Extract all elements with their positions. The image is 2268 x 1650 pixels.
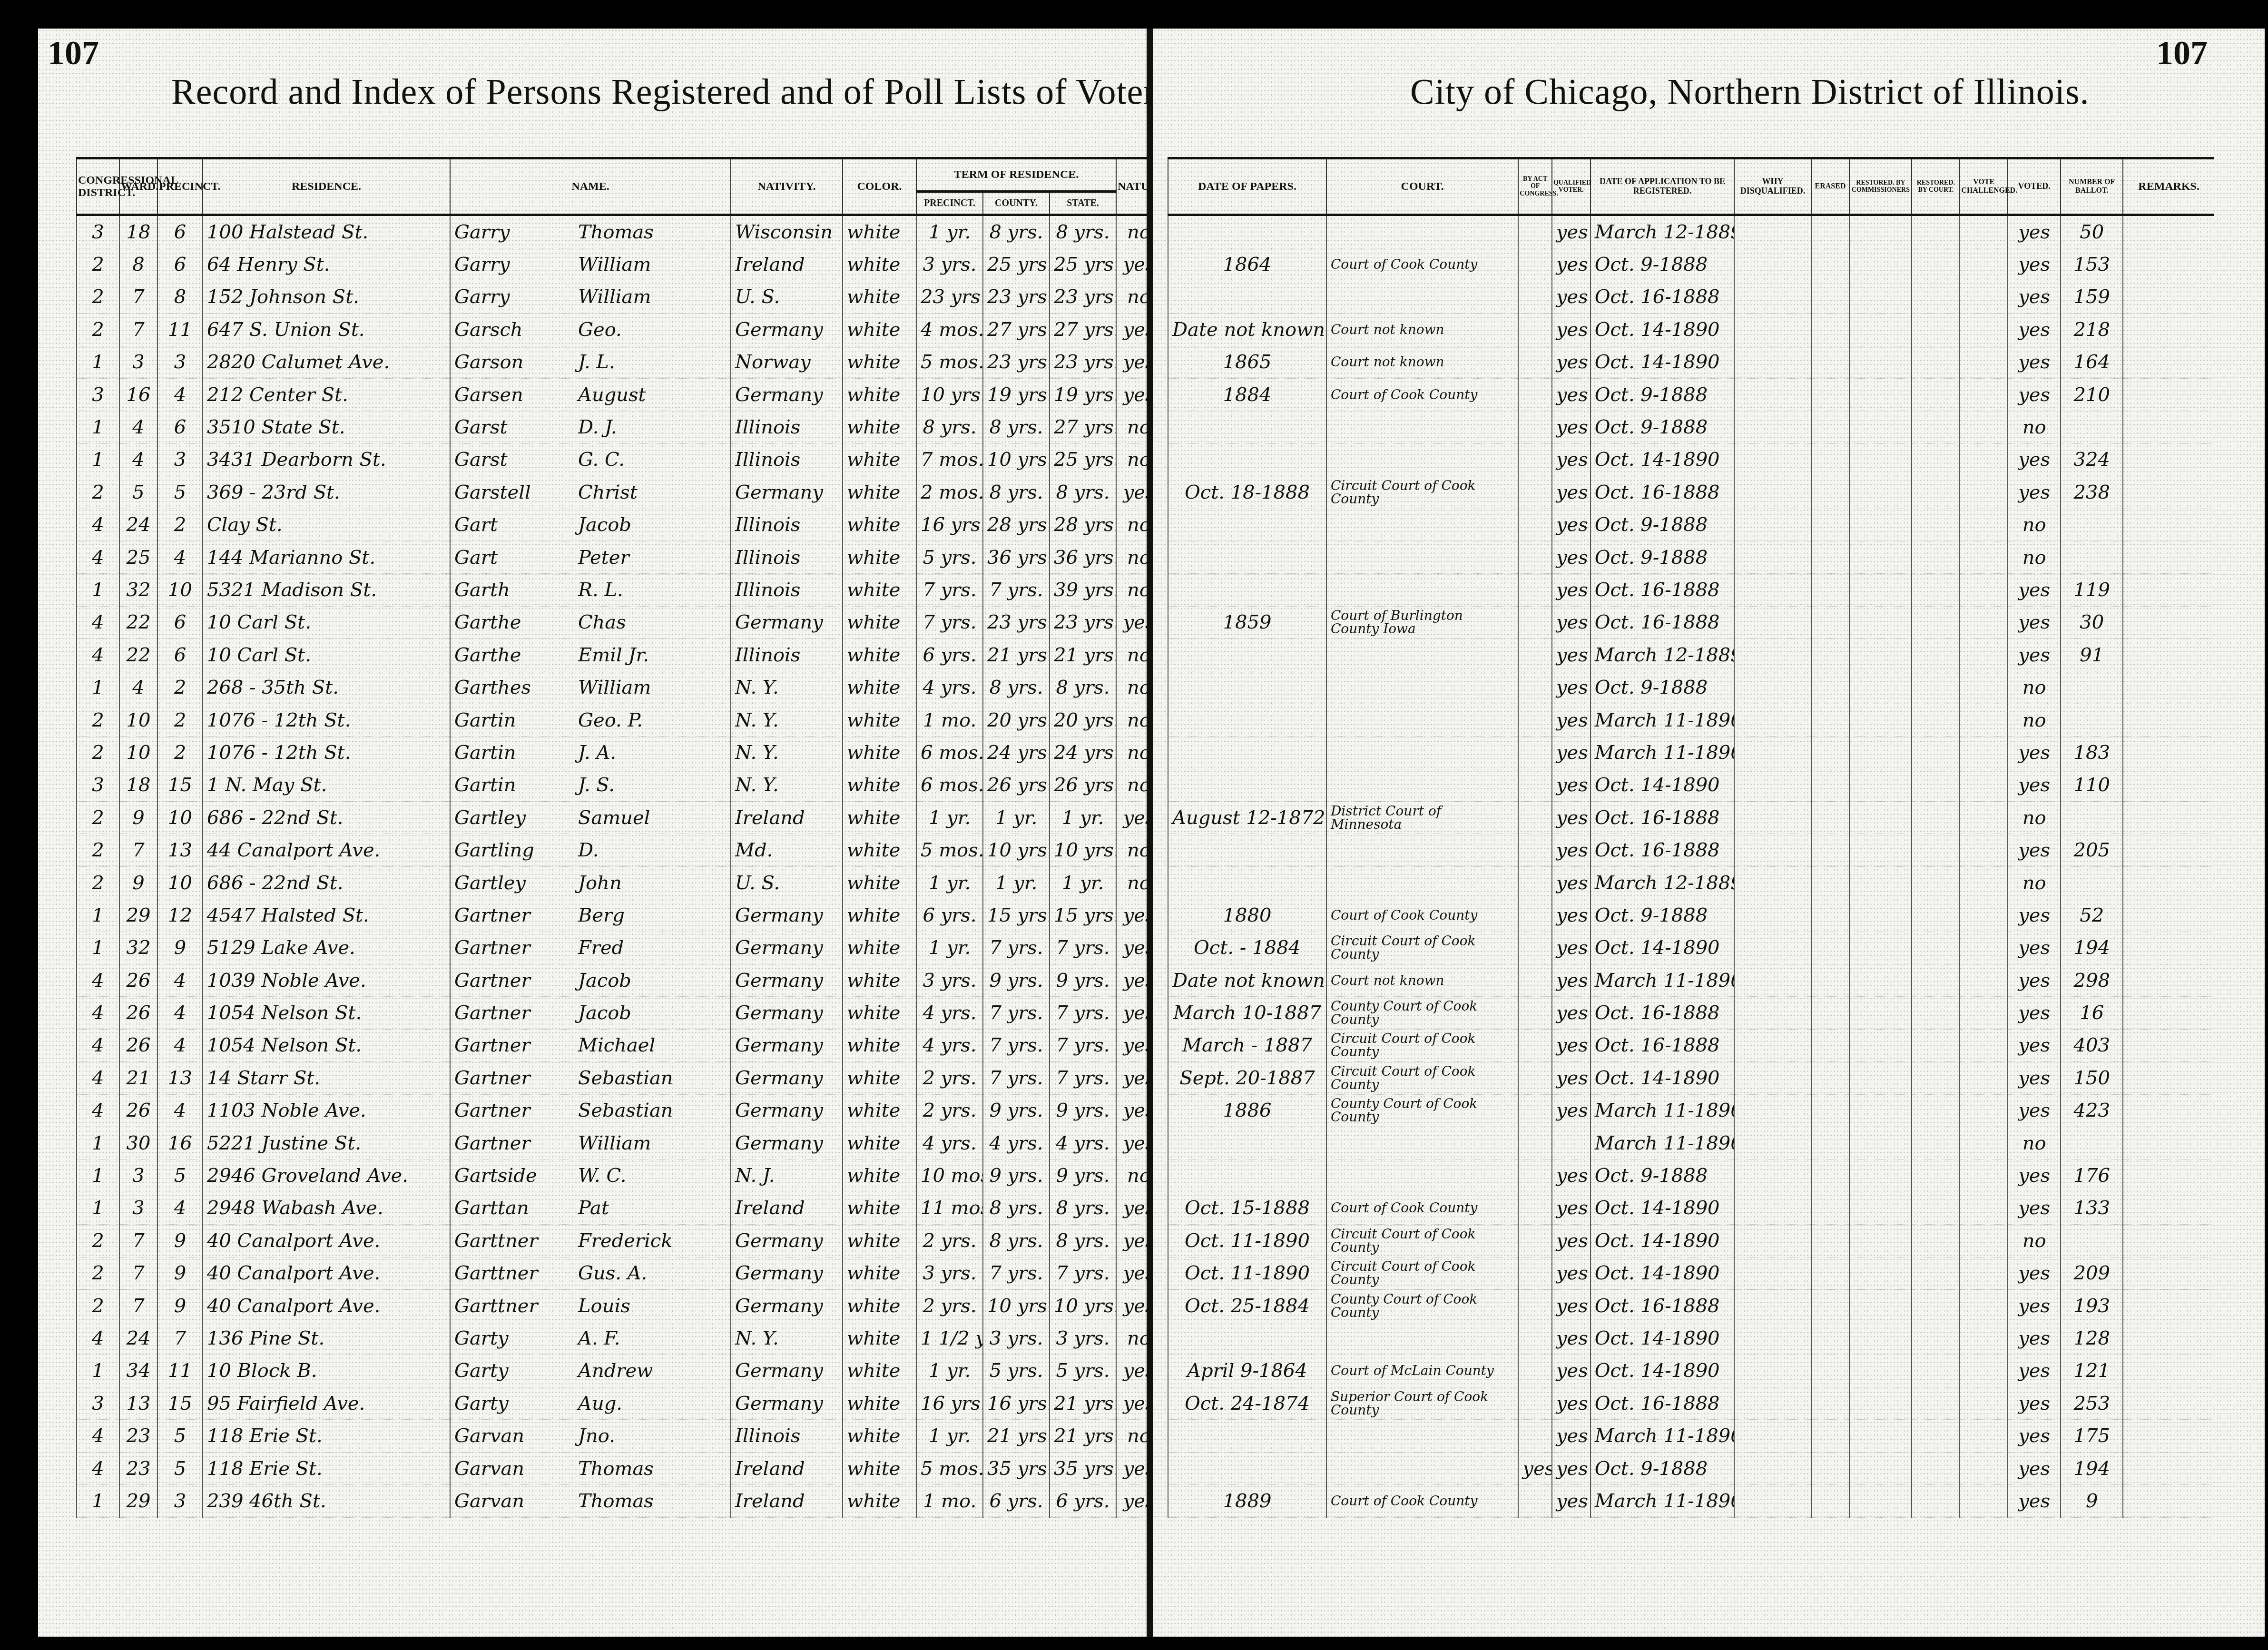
cell-restored-commissioners bbox=[1849, 1452, 1912, 1484]
table-row: March - 1887Circuit Court of Cook County… bbox=[1168, 1029, 2214, 1061]
cell-restored-court bbox=[1912, 443, 1960, 476]
cell-court: Court not known bbox=[1326, 346, 1518, 378]
cell-restored-commissioners bbox=[1849, 1289, 1912, 1322]
cell-voted: yes bbox=[2008, 1485, 2061, 1517]
cell-remarks bbox=[2123, 802, 2214, 834]
table-row: 1342948 Wabash Ave.GarttanPatIrelandwhit… bbox=[77, 1192, 1161, 1224]
cell-color: white bbox=[843, 1289, 916, 1322]
cell-name: GarstD. J. bbox=[450, 411, 731, 443]
cell-ballot-number bbox=[2061, 802, 2123, 834]
table-row: 1889Court of Cook CountyyesMarch 11-1890… bbox=[1168, 1485, 2214, 1517]
cell-erased bbox=[1811, 215, 1850, 248]
table-row: Oct. 15-1888Court of Cook CountyyesOct. … bbox=[1168, 1192, 2214, 1224]
cell-nativity: Germany bbox=[731, 1225, 843, 1257]
cell-voted: yes bbox=[2008, 346, 2061, 378]
table-row: 129124547 Halsted St.GartnerBergGermanyw… bbox=[77, 899, 1161, 932]
cell-date-of-application: Oct. 16-1888 bbox=[1591, 1029, 1735, 1061]
cell-vote-challenged bbox=[1960, 899, 2008, 932]
cell-precinct: 4 bbox=[157, 1029, 203, 1061]
cell-district: 1 bbox=[77, 1485, 119, 1517]
cell-color: white bbox=[843, 1355, 916, 1387]
table-row: yesyesOct. 9-1888yes194 bbox=[1168, 1452, 2214, 1484]
cell-date-of-application: March 12-1889 bbox=[1591, 639, 1735, 671]
left-table-body: 3186100 Halstead St.GarryThomasWisconsin… bbox=[77, 215, 1161, 1518]
cell-term-county: 9 yrs. bbox=[983, 964, 1050, 996]
cell-color: white bbox=[843, 769, 916, 801]
table-row: Oct. 11-1890Circuit Court of Cook County… bbox=[1168, 1257, 2214, 1289]
table-row: 142268 - 35th St.GarthesWilliamN. Y.whit… bbox=[77, 671, 1161, 704]
cell-precinct: 5 bbox=[157, 1452, 203, 1484]
cell-remarks bbox=[2123, 899, 2214, 932]
cell-term-county: 8 yrs. bbox=[983, 1225, 1050, 1257]
cell-district: 3 bbox=[77, 769, 119, 801]
cell-remarks bbox=[2123, 1225, 2214, 1257]
given-name: A. F. bbox=[578, 1327, 620, 1349]
cell-ward: 10 bbox=[119, 737, 157, 769]
table-row: 2910686 - 22nd St.GartleyJohnU. S.white1… bbox=[77, 866, 1161, 899]
cell-term-state: 7 yrs. bbox=[1050, 1257, 1116, 1289]
cell-restored-court bbox=[1912, 802, 1960, 834]
cell-why-disqualified bbox=[1734, 866, 1811, 899]
cell-erased bbox=[1811, 1062, 1850, 1094]
cell-date-of-application: March 11-1890 bbox=[1591, 1420, 1735, 1452]
table-row: March 11-1890no bbox=[1168, 1127, 2214, 1159]
cell-qualified-voter: yes bbox=[1552, 639, 1591, 671]
cell-by-act bbox=[1518, 1225, 1552, 1257]
cell-term-state: 8 yrs. bbox=[1050, 215, 1116, 248]
cell-court bbox=[1326, 704, 1518, 736]
cell-nativity: Germany bbox=[731, 1257, 843, 1289]
cell-district: 3 bbox=[77, 215, 119, 248]
cell-by-act bbox=[1518, 1485, 1552, 1517]
cell-why-disqualified bbox=[1734, 1257, 1811, 1289]
cell-term-state: 21 yrs. bbox=[1050, 639, 1116, 671]
cell-term-state: 25 yrs. bbox=[1050, 443, 1116, 476]
cell-precinct: 11 bbox=[157, 1355, 203, 1387]
cell-term-precinct: 4 mos. bbox=[916, 314, 983, 346]
cell-court bbox=[1326, 443, 1518, 476]
surname: Gartner bbox=[454, 970, 578, 992]
table-row: 1864Court of Cook CountyyesOct. 9-1888ye… bbox=[1168, 248, 2214, 281]
cell-date-of-application: March 11-1890 bbox=[1591, 1485, 1735, 1517]
cell-restored-court bbox=[1912, 1452, 1960, 1484]
cell-color: white bbox=[843, 574, 916, 606]
cell-term-county: 20 yrs. bbox=[983, 704, 1050, 736]
cell-by-act bbox=[1518, 704, 1552, 736]
cell-name: GartlingD. bbox=[450, 834, 731, 866]
cell-vote-challenged bbox=[1960, 411, 2008, 443]
cell-vote-challenged bbox=[1960, 248, 2008, 281]
given-name: William bbox=[578, 286, 651, 308]
cell-residence: 4547 Halsted St. bbox=[203, 899, 450, 932]
cell-date-of-papers bbox=[1168, 737, 1326, 769]
cell-erased bbox=[1811, 769, 1850, 801]
col-color: Color. bbox=[843, 158, 916, 215]
cell-ballot-number: 193 bbox=[2061, 1289, 2123, 1322]
cell-name: GartnerSebastian bbox=[450, 1062, 731, 1094]
cell-name: GarryThomas bbox=[450, 215, 731, 248]
cell-name: GartnerMichael bbox=[450, 1029, 731, 1061]
cell-district: 4 bbox=[77, 1062, 119, 1094]
cell-nativity: Germany bbox=[731, 1062, 843, 1094]
cell-term-precinct: 5 mos. bbox=[916, 834, 983, 866]
col-term-of-residence: Term of Residence. bbox=[916, 158, 1116, 192]
surname: Garty bbox=[454, 1393, 578, 1414]
col-by-act-of-congress: By Act of Congress. bbox=[1518, 158, 1552, 215]
cell-district: 1 bbox=[77, 1127, 119, 1159]
cell-residence: 1054 Nelson St. bbox=[203, 997, 450, 1029]
cell-restored-court bbox=[1912, 411, 1960, 443]
cell-district: 2 bbox=[77, 1257, 119, 1289]
cell-voted: no bbox=[2008, 1225, 2061, 1257]
cell-why-disqualified bbox=[1734, 1192, 1811, 1224]
cell-court: Court not known bbox=[1326, 964, 1518, 996]
cell-date-of-application: March 11-1890 bbox=[1591, 964, 1735, 996]
page-title: Record and Index of Persons Registered a… bbox=[171, 71, 1180, 113]
cell-by-act bbox=[1518, 1192, 1552, 1224]
cell-district: 1 bbox=[77, 443, 119, 476]
cell-by-act bbox=[1518, 509, 1552, 541]
cell-term-county: 7 yrs. bbox=[983, 932, 1050, 964]
cell-vote-challenged bbox=[1960, 1192, 2008, 1224]
cell-name: GarryWilliam bbox=[450, 248, 731, 281]
cell-voted: no bbox=[2008, 866, 2061, 899]
cell-term-state: 23 yrs. bbox=[1050, 606, 1116, 638]
cell-date-of-application: Oct. 9-1888 bbox=[1591, 248, 1735, 281]
table-row: 13295129 Lake Ave.GartnerFredGermanywhit… bbox=[77, 932, 1161, 964]
table-row: August 12-1872District Court of Minnesot… bbox=[1168, 802, 2214, 834]
cell-name: GartyAndrew bbox=[450, 1355, 731, 1387]
cell-erased bbox=[1811, 314, 1850, 346]
col-number-of-ballot: Number of Ballot. bbox=[2061, 158, 2123, 215]
cell-qualified-voter: yes bbox=[1552, 1485, 1591, 1517]
cell-erased bbox=[1811, 737, 1850, 769]
cell-residence: 5221 Justine St. bbox=[203, 1127, 450, 1159]
cell-by-act bbox=[1518, 899, 1552, 932]
cell-vote-challenged bbox=[1960, 1420, 2008, 1452]
cell-color: white bbox=[843, 866, 916, 899]
cell-voted: yes bbox=[2008, 378, 2061, 411]
surname: Garry bbox=[454, 286, 578, 308]
surname: Garthe bbox=[454, 611, 578, 633]
cell-ward: 8 bbox=[119, 248, 157, 281]
cell-vote-challenged bbox=[1960, 866, 2008, 899]
cell-remarks bbox=[2123, 671, 2214, 704]
cell-court bbox=[1326, 509, 1518, 541]
cell-qualified-voter: yes bbox=[1552, 215, 1591, 248]
cell-by-act bbox=[1518, 411, 1552, 443]
cell-erased bbox=[1811, 1420, 1850, 1452]
cell-date-of-application: Oct. 14-1890 bbox=[1591, 1355, 1735, 1387]
cell-court: Circuit Court of Cook County bbox=[1326, 1062, 1518, 1094]
cell-erased bbox=[1811, 899, 1850, 932]
cell-district: 2 bbox=[77, 1289, 119, 1322]
cell-why-disqualified bbox=[1734, 476, 1811, 509]
cell-qualified-voter: yes bbox=[1552, 1322, 1591, 1355]
cell-restored-court bbox=[1912, 1322, 1960, 1355]
cell-voted: yes bbox=[2008, 1094, 2061, 1127]
cell-date-of-papers: Date not known bbox=[1168, 314, 1326, 346]
cell-by-act bbox=[1518, 215, 1552, 248]
cell-date-of-papers: 1864 bbox=[1168, 248, 1326, 281]
cell-why-disqualified bbox=[1734, 346, 1811, 378]
cell-name: GartleySamuel bbox=[450, 802, 731, 834]
cell-erased bbox=[1811, 476, 1850, 509]
col-term-county: County. bbox=[983, 191, 1050, 215]
col-date-of-application: Date of Application to be Registered. bbox=[1591, 158, 1735, 215]
cell-qualified-voter: yes bbox=[1552, 1094, 1591, 1127]
cell-precinct: 5 bbox=[157, 1159, 203, 1192]
cell-by-act bbox=[1518, 248, 1552, 281]
cell-term-county: 7 yrs. bbox=[983, 574, 1050, 606]
cell-term-state: 8 yrs. bbox=[1050, 1225, 1116, 1257]
cell-by-act bbox=[1518, 639, 1552, 671]
cell-ballot-number: 52 bbox=[2061, 899, 2123, 932]
cell-ballot-number: 176 bbox=[2061, 1159, 2123, 1192]
cell-term-precinct: 2 yrs. bbox=[916, 1062, 983, 1094]
cell-by-act bbox=[1518, 541, 1552, 573]
table-row: 1433431 Dearborn St.GarstG. C.Illinoiswh… bbox=[77, 443, 1161, 476]
surname: Garstell bbox=[454, 481, 578, 503]
cell-term-state: 7 yrs. bbox=[1050, 932, 1116, 964]
cell-term-county: 8 yrs. bbox=[983, 411, 1050, 443]
cell-restored-commissioners bbox=[1849, 1485, 1912, 1517]
col-vote-challenged: Vote Challenged. bbox=[1960, 158, 2008, 215]
cell-color: white bbox=[843, 737, 916, 769]
cell-remarks bbox=[2123, 964, 2214, 996]
cell-precinct: 9 bbox=[157, 932, 203, 964]
cell-qualified-voter: yes bbox=[1552, 1225, 1591, 1257]
cell-court bbox=[1326, 1159, 1518, 1192]
cell-precinct: 10 bbox=[157, 802, 203, 834]
cell-nativity: Germany bbox=[731, 606, 843, 638]
cell-by-act bbox=[1518, 834, 1552, 866]
cell-ballot-number: 153 bbox=[2061, 248, 2123, 281]
cell-term-state: 9 yrs. bbox=[1050, 1159, 1116, 1192]
cell-residence: 136 Pine St. bbox=[203, 1322, 450, 1355]
cell-restored-commissioners bbox=[1849, 802, 1912, 834]
cell-restored-court bbox=[1912, 1062, 1960, 1094]
cell-vote-challenged bbox=[1960, 834, 2008, 866]
cell-term-state: 7 yrs. bbox=[1050, 1029, 1116, 1061]
cell-qualified-voter: yes bbox=[1552, 1159, 1591, 1192]
cell-voted: yes bbox=[2008, 932, 2061, 964]
table-row: 21021076 - 12th St.GartinJ. A.N. Y.white… bbox=[77, 737, 1161, 769]
cell-why-disqualified bbox=[1734, 834, 1811, 866]
table-row: Oct. 18-1888Circuit Court of Cook County… bbox=[1168, 476, 2214, 509]
cell-ward: 18 bbox=[119, 215, 157, 248]
table-row: 1880Court of Cook CountyyesOct. 9-1888ye… bbox=[1168, 899, 2214, 932]
cell-precinct: 4 bbox=[157, 964, 203, 996]
cell-remarks bbox=[2123, 1322, 2214, 1355]
cell-ward: 9 bbox=[119, 802, 157, 834]
cell-district: 3 bbox=[77, 378, 119, 411]
table-row: 42641054 Nelson St.GartnerMichaelGermany… bbox=[77, 1029, 1161, 1061]
cell-restored-commissioners bbox=[1849, 866, 1912, 899]
cell-color: white bbox=[843, 215, 916, 248]
cell-why-disqualified bbox=[1734, 964, 1811, 996]
table-row: 1341110 Block B.GartyAndrewGermanywhite1… bbox=[77, 1355, 1161, 1387]
registration-status-table: Date of Papers. Court. By Act of Congres… bbox=[1168, 157, 2214, 1518]
cell-ballot-number bbox=[2061, 541, 2123, 573]
given-name: Geo. P. bbox=[578, 709, 643, 731]
cell-date-of-papers: Sept. 20-1887 bbox=[1168, 1062, 1326, 1094]
cell-restored-commissioners bbox=[1849, 639, 1912, 671]
cell-voted: yes bbox=[2008, 606, 2061, 638]
cell-district: 1 bbox=[77, 932, 119, 964]
given-name: J. S. bbox=[578, 774, 615, 796]
cell-term-precinct: 16 yrs. bbox=[916, 509, 983, 541]
surname: Gartside bbox=[454, 1165, 578, 1187]
cell-term-county: 7 yrs. bbox=[983, 1029, 1050, 1061]
cell-ward: 22 bbox=[119, 639, 157, 671]
cell-restored-court bbox=[1912, 834, 1960, 866]
cell-date-of-application: Oct. 16-1888 bbox=[1591, 997, 1735, 1029]
cell-ward: 26 bbox=[119, 1029, 157, 1061]
cell-term-county: 35 yrs. bbox=[983, 1452, 1050, 1484]
cell-vote-challenged bbox=[1960, 476, 2008, 509]
cell-erased bbox=[1811, 1192, 1850, 1224]
cell-term-state: 19 yrs. bbox=[1050, 378, 1116, 411]
given-name: Fred bbox=[578, 937, 624, 959]
right-page: City of Chicago, Northern District of Il… bbox=[1147, 29, 2265, 1637]
cell-why-disqualified bbox=[1734, 443, 1811, 476]
cell-date-of-application: Oct. 14-1890 bbox=[1591, 346, 1735, 378]
cell-ward: 21 bbox=[119, 1062, 157, 1094]
cell-remarks bbox=[2123, 834, 2214, 866]
cell-color: white bbox=[843, 639, 916, 671]
given-name: Gus. A. bbox=[578, 1262, 647, 1284]
cell-term-precinct: 4 yrs. bbox=[916, 997, 983, 1029]
cell-vote-challenged bbox=[1960, 1387, 2008, 1420]
cell-term-county: 21 yrs. bbox=[983, 639, 1050, 671]
cell-ballot-number: 403 bbox=[2061, 1029, 2123, 1061]
cell-precinct: 9 bbox=[157, 1257, 203, 1289]
cell-qualified-voter: yes bbox=[1552, 346, 1591, 378]
cell-nativity: N. Y. bbox=[731, 737, 843, 769]
cell-restored-commissioners bbox=[1849, 1029, 1912, 1061]
col-restored-court: Restored. By Court. bbox=[1912, 158, 1960, 215]
cell-restored-court bbox=[1912, 606, 1960, 638]
cell-ballot-number: 9 bbox=[2061, 1485, 2123, 1517]
cell-qualified-voter: yes bbox=[1552, 671, 1591, 704]
col-remarks: Remarks. bbox=[2123, 158, 2214, 215]
table-row: Oct. - 1884Circuit Court of Cook Countyy… bbox=[1168, 932, 2214, 964]
cell-term-county: 9 yrs. bbox=[983, 1159, 1050, 1192]
cell-term-state: 9 yrs. bbox=[1050, 1094, 1116, 1127]
table-row: 422610 Carl St.GartheChasGermanywhite7 y… bbox=[77, 606, 1161, 638]
cell-residence: 118 Erie St. bbox=[203, 1420, 450, 1452]
cell-residence: 10 Carl St. bbox=[203, 606, 450, 638]
cell-term-state: 9 yrs. bbox=[1050, 964, 1116, 996]
cell-term-county: 10 yrs. bbox=[983, 834, 1050, 866]
cell-vote-challenged bbox=[1960, 1257, 2008, 1289]
cell-ballot-number: 159 bbox=[2061, 281, 2123, 313]
cell-erased bbox=[1811, 378, 1850, 411]
cell-vote-challenged bbox=[1960, 639, 2008, 671]
table-row: 4247136 Pine St.GartyA. F.N. Y.white1 1/… bbox=[77, 1322, 1161, 1355]
cell-by-act bbox=[1518, 1062, 1552, 1094]
table-row: 1884Court of Cook CountyyesOct. 9-1888ye… bbox=[1168, 378, 2214, 411]
cell-vote-challenged bbox=[1960, 932, 2008, 964]
page-title-right: City of Chicago, Northern District of Il… bbox=[1410, 71, 2089, 113]
cell-restored-commissioners bbox=[1849, 1094, 1912, 1127]
cell-qualified-voter: yes bbox=[1552, 932, 1591, 964]
cell-nativity: Illinois bbox=[731, 443, 843, 476]
cell-ballot-number: 209 bbox=[2061, 1257, 2123, 1289]
cell-date-of-application: Oct. 16-1888 bbox=[1591, 834, 1735, 866]
table-row: 27940 Canalport Ave.GarttnerFrederickGer… bbox=[77, 1225, 1161, 1257]
cell-date-of-papers: 1886 bbox=[1168, 1094, 1326, 1127]
cell-precinct: 16 bbox=[157, 1127, 203, 1159]
table-row: 28664 Henry St.GarryWilliamIrelandwhite3… bbox=[77, 248, 1161, 281]
given-name: Jacob bbox=[578, 970, 631, 992]
cell-residence: 118 Erie St. bbox=[203, 1452, 450, 1484]
cell-ward: 32 bbox=[119, 932, 157, 964]
cell-ballot-number: 16 bbox=[2061, 997, 2123, 1029]
cell-precinct: 2 bbox=[157, 671, 203, 704]
surname: Gartley bbox=[454, 872, 578, 894]
cell-ballot-number bbox=[2061, 1127, 2123, 1159]
cell-court: Court not known bbox=[1326, 314, 1518, 346]
cell-qualified-voter: yes bbox=[1552, 606, 1591, 638]
cell-court bbox=[1326, 281, 1518, 313]
cell-qualified-voter: yes bbox=[1552, 1355, 1591, 1387]
cell-name: GartheChas bbox=[450, 606, 731, 638]
cell-voted: yes bbox=[2008, 443, 2061, 476]
cell-precinct: 3 bbox=[157, 443, 203, 476]
cell-date-of-papers bbox=[1168, 1127, 1326, 1159]
cell-vote-challenged bbox=[1960, 346, 2008, 378]
given-name: Geo. bbox=[578, 319, 622, 341]
given-name: Aug. bbox=[578, 1393, 622, 1414]
cell-nativity: Norway bbox=[731, 346, 843, 378]
cell-voted: no bbox=[2008, 802, 2061, 834]
cell-residence: 95 Fairfield Ave. bbox=[203, 1387, 450, 1420]
cell-qualified-voter: yes bbox=[1552, 574, 1591, 606]
cell-restored-commissioners bbox=[1849, 509, 1912, 541]
cell-date-of-application: Oct. 14-1890 bbox=[1591, 769, 1735, 801]
cell-district: 4 bbox=[77, 606, 119, 638]
cell-court: Circuit Court of Cook County bbox=[1326, 1225, 1518, 1257]
cell-vote-challenged bbox=[1960, 1062, 2008, 1094]
cell-court bbox=[1326, 769, 1518, 801]
cell-residence: 686 - 22nd St. bbox=[203, 802, 450, 834]
cell-ballot-number: 324 bbox=[2061, 443, 2123, 476]
cell-restored-court bbox=[1912, 346, 1960, 378]
cell-precinct: 7 bbox=[157, 1322, 203, 1355]
cell-remarks bbox=[2123, 476, 2214, 509]
cell-date-of-application: Oct. 16-1888 bbox=[1591, 574, 1735, 606]
cell-ballot-number: 110 bbox=[2061, 769, 2123, 801]
cell-ward: 26 bbox=[119, 997, 157, 1029]
cell-restored-commissioners bbox=[1849, 737, 1912, 769]
cell-remarks bbox=[2123, 248, 2214, 281]
cell-date-of-application: Oct. 16-1888 bbox=[1591, 476, 1735, 509]
cell-precinct: 2 bbox=[157, 509, 203, 541]
cell-nativity: Germany bbox=[731, 1094, 843, 1127]
cell-by-act bbox=[1518, 1127, 1552, 1159]
cell-date-of-application: March 11-1890 bbox=[1591, 1094, 1735, 1127]
cell-vote-challenged bbox=[1960, 704, 2008, 736]
cell-term-precinct: 1 yr. bbox=[916, 866, 983, 899]
cell-term-precinct: 6 yrs. bbox=[916, 899, 983, 932]
cell-qualified-voter: yes bbox=[1552, 704, 1591, 736]
cell-district: 3 bbox=[77, 1387, 119, 1420]
cell-district: 1 bbox=[77, 411, 119, 443]
cell-color: white bbox=[843, 443, 916, 476]
cell-term-county: 1 yr. bbox=[983, 802, 1050, 834]
